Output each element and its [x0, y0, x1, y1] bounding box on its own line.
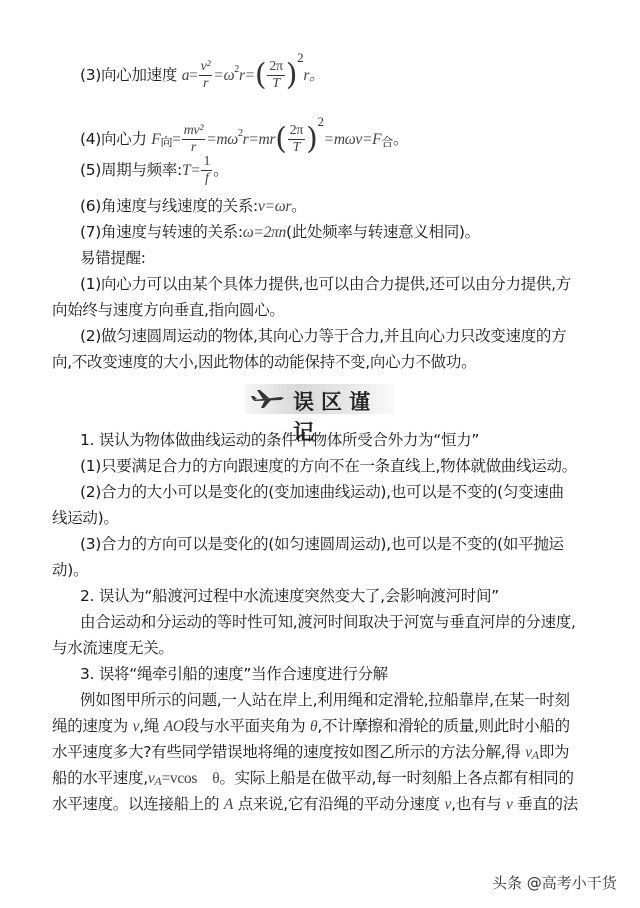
- subscript: A: [532, 748, 539, 762]
- airplane-icon: [251, 388, 285, 410]
- math-symbol: v: [506, 796, 513, 813]
- subscript: 合: [381, 135, 393, 149]
- tip-line: 向,不改变速度的大小,因此物体的动能保持不变,向心力不做功。: [52, 352, 476, 372]
- left-paren: (: [275, 122, 286, 157]
- formula-centripetal-force: (4)向心力 F向=mv²r=mω2r=mr(2πT)2=mωv=F合。: [80, 102, 408, 142]
- tip-line: (1)向心力可以由某个具体力提供,也可以由合力提供,还可以由分力提供,方: [80, 274, 571, 294]
- math-symbol: v: [525, 744, 532, 761]
- punctuation: 。: [393, 130, 408, 148]
- punctuation: 。: [291, 197, 306, 215]
- subscript: 向: [160, 135, 172, 149]
- section-line: 由合运动和分运动的等时性可知,渡河时间取决于河宽与垂直河岸的分速度,: [80, 612, 576, 632]
- exponent: 2: [317, 114, 323, 129]
- section-line: 水平速度。以连接船上的 A 点来说,它有沿绳的平动分速度 v,也有与 v 垂直的…: [52, 794, 578, 815]
- formula-period-frequency: (5)周期与频率:T=1f。: [80, 150, 228, 190]
- section-line: 例如图甲所示的问题,一人站在岸上,利用绳和定滑轮,拉船靠岸,在某一时刻: [80, 690, 570, 710]
- text: 绳的速度为: [52, 717, 133, 735]
- section-line: (2)合力的大小可以是变化的(变加速曲线运动),也可以是不变的(匀变速曲: [80, 482, 564, 502]
- math-symbol: r。: [303, 67, 324, 84]
- math-symbol: r=: [239, 67, 255, 84]
- text: 即为: [539, 743, 569, 761]
- text: 垂直的法: [513, 795, 578, 813]
- exponent: 2: [297, 50, 303, 65]
- math-symbol: r=mr: [243, 131, 276, 148]
- math-expression: v=ωr: [258, 198, 291, 215]
- fraction: 1f: [201, 154, 212, 187]
- formula-label: (5)周期与频率:: [80, 161, 182, 179]
- math-symbol: =mω: [206, 131, 238, 148]
- watermark: 头条 @高考小干货: [492, 872, 617, 893]
- fraction: 2πT: [288, 123, 305, 156]
- text: ,也有与: [451, 795, 506, 813]
- math-symbol: =: [189, 67, 197, 84]
- fraction-denominator: T: [267, 76, 284, 92]
- text: ,不计摩擦和滑轮的质量,则此时小船的: [317, 717, 569, 735]
- section-title: 2. 误认为“船渡河过程中水流速度突然变大了,会影响渡河时间”: [80, 586, 499, 606]
- text: 点来说,它有沿绳的平动分速度: [233, 795, 444, 813]
- section-banner: 误区谨记: [245, 384, 395, 414]
- formula-label: (7)角速度与转速的关系:: [80, 223, 243, 241]
- fraction-denominator: r: [199, 76, 213, 92]
- fraction-numerator: 2π: [288, 123, 305, 140]
- math-expression: ω=2πn: [243, 224, 286, 241]
- math-symbol: =mωv=F: [324, 131, 382, 148]
- right-paren: ): [286, 58, 297, 93]
- tips-heading: 易错提醒:: [80, 248, 146, 268]
- tip-line: (2)做匀速圆周运动的物体,其向心力等于合力,并且向心力只改变速度的方: [80, 326, 566, 346]
- fraction: v²r: [199, 59, 213, 92]
- math-symbol: T=: [182, 162, 200, 179]
- section-title: 1. 误认为物体做曲线运动的条件中物体所受合外力为“恒力”: [80, 430, 479, 450]
- formula-note: (此处频率与转速意义相同)。: [286, 223, 480, 241]
- formula-label: (6)角速度与线速度的关系:: [80, 197, 258, 215]
- right-paren: ): [306, 122, 317, 157]
- fraction-denominator: T: [288, 140, 305, 156]
- fraction-numerator: 1: [201, 154, 212, 171]
- section-line: 动)。: [52, 560, 88, 580]
- text: 段与水平面夹角为: [184, 717, 310, 735]
- text: 。实际上船是在做平动,每一时刻船上各点都有相同的: [219, 769, 573, 787]
- formula-angular-velocity-rotation: (7)角速度与转速的关系:ω=2πn(此处频率与转速意义相同)。: [80, 222, 480, 243]
- formula-label: (4)向心力: [80, 130, 147, 148]
- fraction-numerator: mv²: [182, 123, 206, 140]
- text: ,绳: [139, 717, 163, 735]
- section-line: 绳的速度为 v,绳 AO段与水平面夹角为 θ,不计摩擦和滑轮的质量,则此时小船的: [52, 716, 570, 737]
- fraction-numerator: v²: [199, 59, 213, 76]
- section-line: 线运动)。: [52, 508, 119, 528]
- text: 水平速度。以连接船上的: [52, 795, 224, 813]
- section-line: 船的水平速度,vA=vcos θ。实际上船是在做平动,每一时刻船上各点都有相同的: [52, 768, 574, 791]
- section-line: (3)合力的方向可以是变化的(如匀速圆周运动),也可以是不变的(如平抛运: [80, 534, 564, 554]
- punctuation: 。: [213, 161, 228, 179]
- math-symbol: =: [172, 131, 180, 148]
- fraction: 2πT: [267, 59, 284, 92]
- math-expression: =vcos θ: [161, 770, 219, 787]
- formula-label: (3)向心加速度: [80, 66, 177, 84]
- math-symbol: AO: [164, 718, 184, 735]
- document-page: (3)向心加速度 a=v²r=ω2r=(2πT)2r。 (4)向心力 F向=mv…: [0, 0, 640, 908]
- math-symbol: A: [224, 796, 233, 813]
- fraction-denominator: f: [201, 171, 212, 187]
- tip-line: 向始终与速度方向垂直,指向圆心。: [52, 300, 285, 320]
- formula-centripetal-acceleration: (3)向心加速度 a=v²r=ω2r=(2πT)2r。: [80, 38, 324, 78]
- text: 水平速度多大?有些同学错误地将绳的速度按如图乙所示的方法分解,得: [52, 743, 525, 761]
- section-title: 3. 误将“绳牵引船的速度”当作合速度进行分解: [80, 664, 388, 684]
- section-line: 水平速度多大?有些同学错误地将绳的速度按如图乙所示的方法分解,得 vA即为: [52, 742, 569, 765]
- section-line: (1)只要满足合力的方向跟速度的方向不在一条直线上,物体就做曲线运动。: [80, 456, 577, 476]
- fraction-numerator: 2π: [267, 59, 284, 76]
- text: 船的水平速度,: [52, 769, 148, 787]
- math-symbol: =ω: [213, 67, 234, 84]
- section-line: 与水流速度无关。: [52, 638, 174, 658]
- left-paren: (: [255, 58, 266, 93]
- formula-angular-linear-velocity: (6)角速度与线速度的关系:v=ωr。: [80, 196, 306, 217]
